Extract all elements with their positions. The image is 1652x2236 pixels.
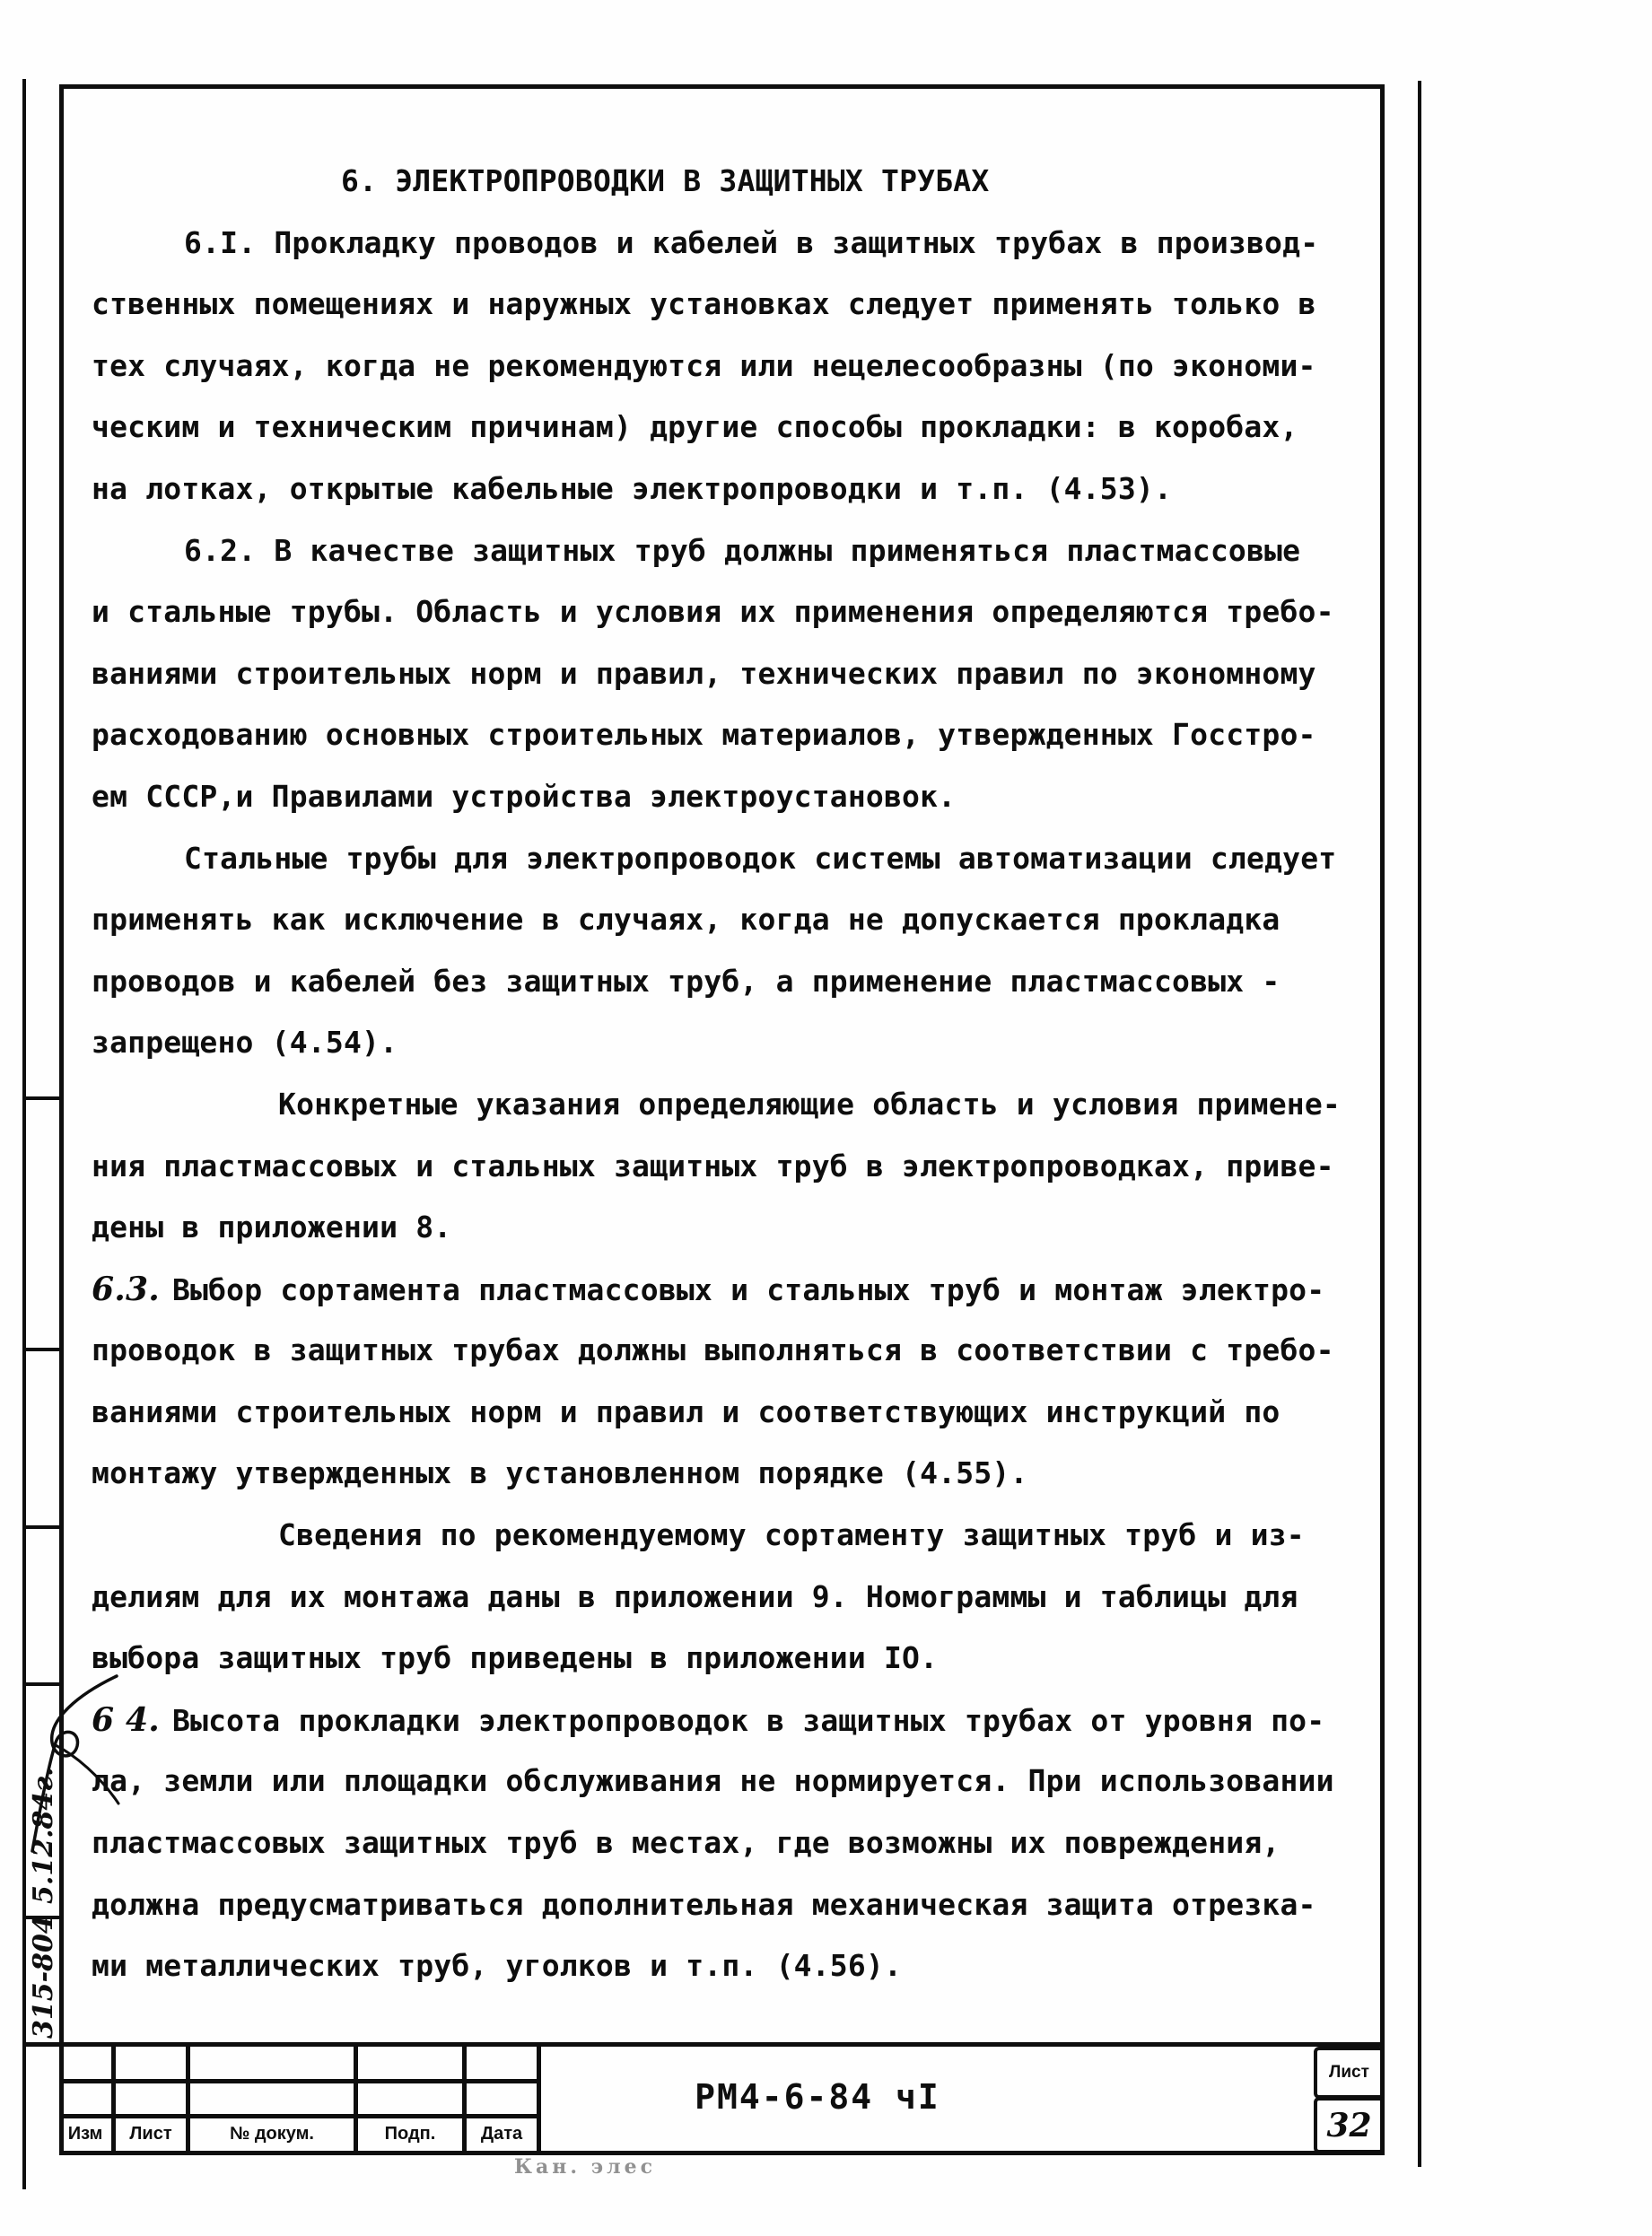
text-line: ваниями строительных норм и правил, техн… (92, 643, 1402, 705)
sheet-label-box: Лист (1314, 2047, 1385, 2099)
text-line: ственных помещениях и наружных установка… (92, 274, 1402, 336)
margin-tick (22, 1525, 59, 1529)
text-line: ния пластмассовых и стальных защитных тр… (92, 1136, 1402, 1198)
text-line: 6.2. В качестве защитных труб должны при… (92, 520, 1402, 582)
text-line: 6 4.Высота прокладки электропроводок в з… (92, 1690, 1402, 1751)
text-block: 6. ЭЛЕКТРОПРОВОДКИ В ЗАЩИТНЫХ ТРУБАХ 6.I… (92, 151, 1402, 1997)
titleblock-col-podp: Подп. (358, 2116, 462, 2152)
titleblock-col-list: Лист (116, 2116, 186, 2152)
scanned-document-page: 315-804 5.12.84г. 6. ЭЛЕКТРОПРОВОДКИ В З… (0, 0, 1652, 2236)
titleblock-row-rule (59, 2079, 541, 2083)
document-code: РМ4-6-84 чІ (537, 2042, 1314, 2152)
text-line-body: Высота прокладки электропроводок в защит… (172, 1703, 1324, 1738)
text-line: на лотках, открытые кабельные электропро… (92, 459, 1402, 520)
outer-right-rule (1418, 81, 1421, 2167)
text-line: монтажу утвержденных в установленном пор… (92, 1443, 1402, 1505)
text-line: ческим и техническим причинам) другие сп… (92, 397, 1402, 459)
text-line: проводок в защитных трубах должны выполн… (92, 1320, 1402, 1382)
text-line: выбора защитных труб приведены в приложе… (92, 1628, 1402, 1690)
margin-inventory-number: 315-804 (28, 1915, 59, 2039)
text-line: дены в приложении 8. (92, 1197, 1402, 1259)
sheet-number-box: 32 (1314, 2097, 1385, 2153)
margin-tick (22, 1096, 59, 1100)
text-line: тех случаях, когда не рекомендуются или … (92, 336, 1402, 397)
text-line: 6.I. Прокладку проводов и кабелей в защи… (92, 213, 1402, 275)
text-line: пластмассовых защитных труб в местах, гд… (92, 1812, 1402, 1874)
handwritten-clause-number: 6.3. (92, 1271, 160, 1308)
text-line: делиям для их монтажа даны в приложении … (92, 1567, 1402, 1629)
outer-left-rule (22, 79, 26, 2189)
sheet-label: Лист (1329, 2055, 1369, 2091)
text-line: проводов и кабелей без защитных труб, а … (92, 951, 1402, 1013)
footer-faint-note: Кан. элес (514, 2155, 656, 2179)
text-line: Сведения по рекомендуемому сортаменту за… (92, 1505, 1402, 1567)
sheet-number: 32 (1326, 2107, 1371, 2144)
text-line: Стальные трубы для электропроводок систе… (92, 828, 1402, 890)
text-line-body: Выбор сортамента пластмассовых и стальны… (172, 1272, 1324, 1307)
margin-tick (22, 1348, 59, 1351)
text-line: запрещено (4.54). (92, 1012, 1402, 1074)
text-line: применять как исключение в случаях, когд… (92, 889, 1402, 951)
text-line: и стальные трубы. Область и условия их п… (92, 581, 1402, 643)
text-line: расходованию основных строительных матер… (92, 704, 1402, 766)
titleblock-col-data: Дата (467, 2116, 537, 2152)
text-line: ми металлических труб, уголков и т.п. (4… (92, 1935, 1402, 1997)
titleblock-col-izm: Изм (59, 2116, 111, 2152)
text-line: должна предусматриваться дополнительная … (92, 1874, 1402, 1936)
text-line: Конкретные указания определяющие область… (92, 1074, 1402, 1136)
text-line: ваниями строительных норм и правил и соо… (92, 1382, 1402, 1444)
titleblock-col-ndokum: № докум. (190, 2116, 354, 2152)
text-line: ла, земли или площадки обслуживания не н… (92, 1751, 1402, 1812)
text-line: 6.3.Выбор сортамента пластмассовых и ста… (92, 1259, 1402, 1321)
handwritten-clause-number: 6 4. (92, 1701, 160, 1739)
section-title: 6. ЭЛЕКТРОПРОВОДКИ В ЗАЩИТНЫХ ТРУБАХ (92, 151, 1402, 213)
text-line: ем СССР,и Правилами устройства электроус… (92, 766, 1402, 828)
